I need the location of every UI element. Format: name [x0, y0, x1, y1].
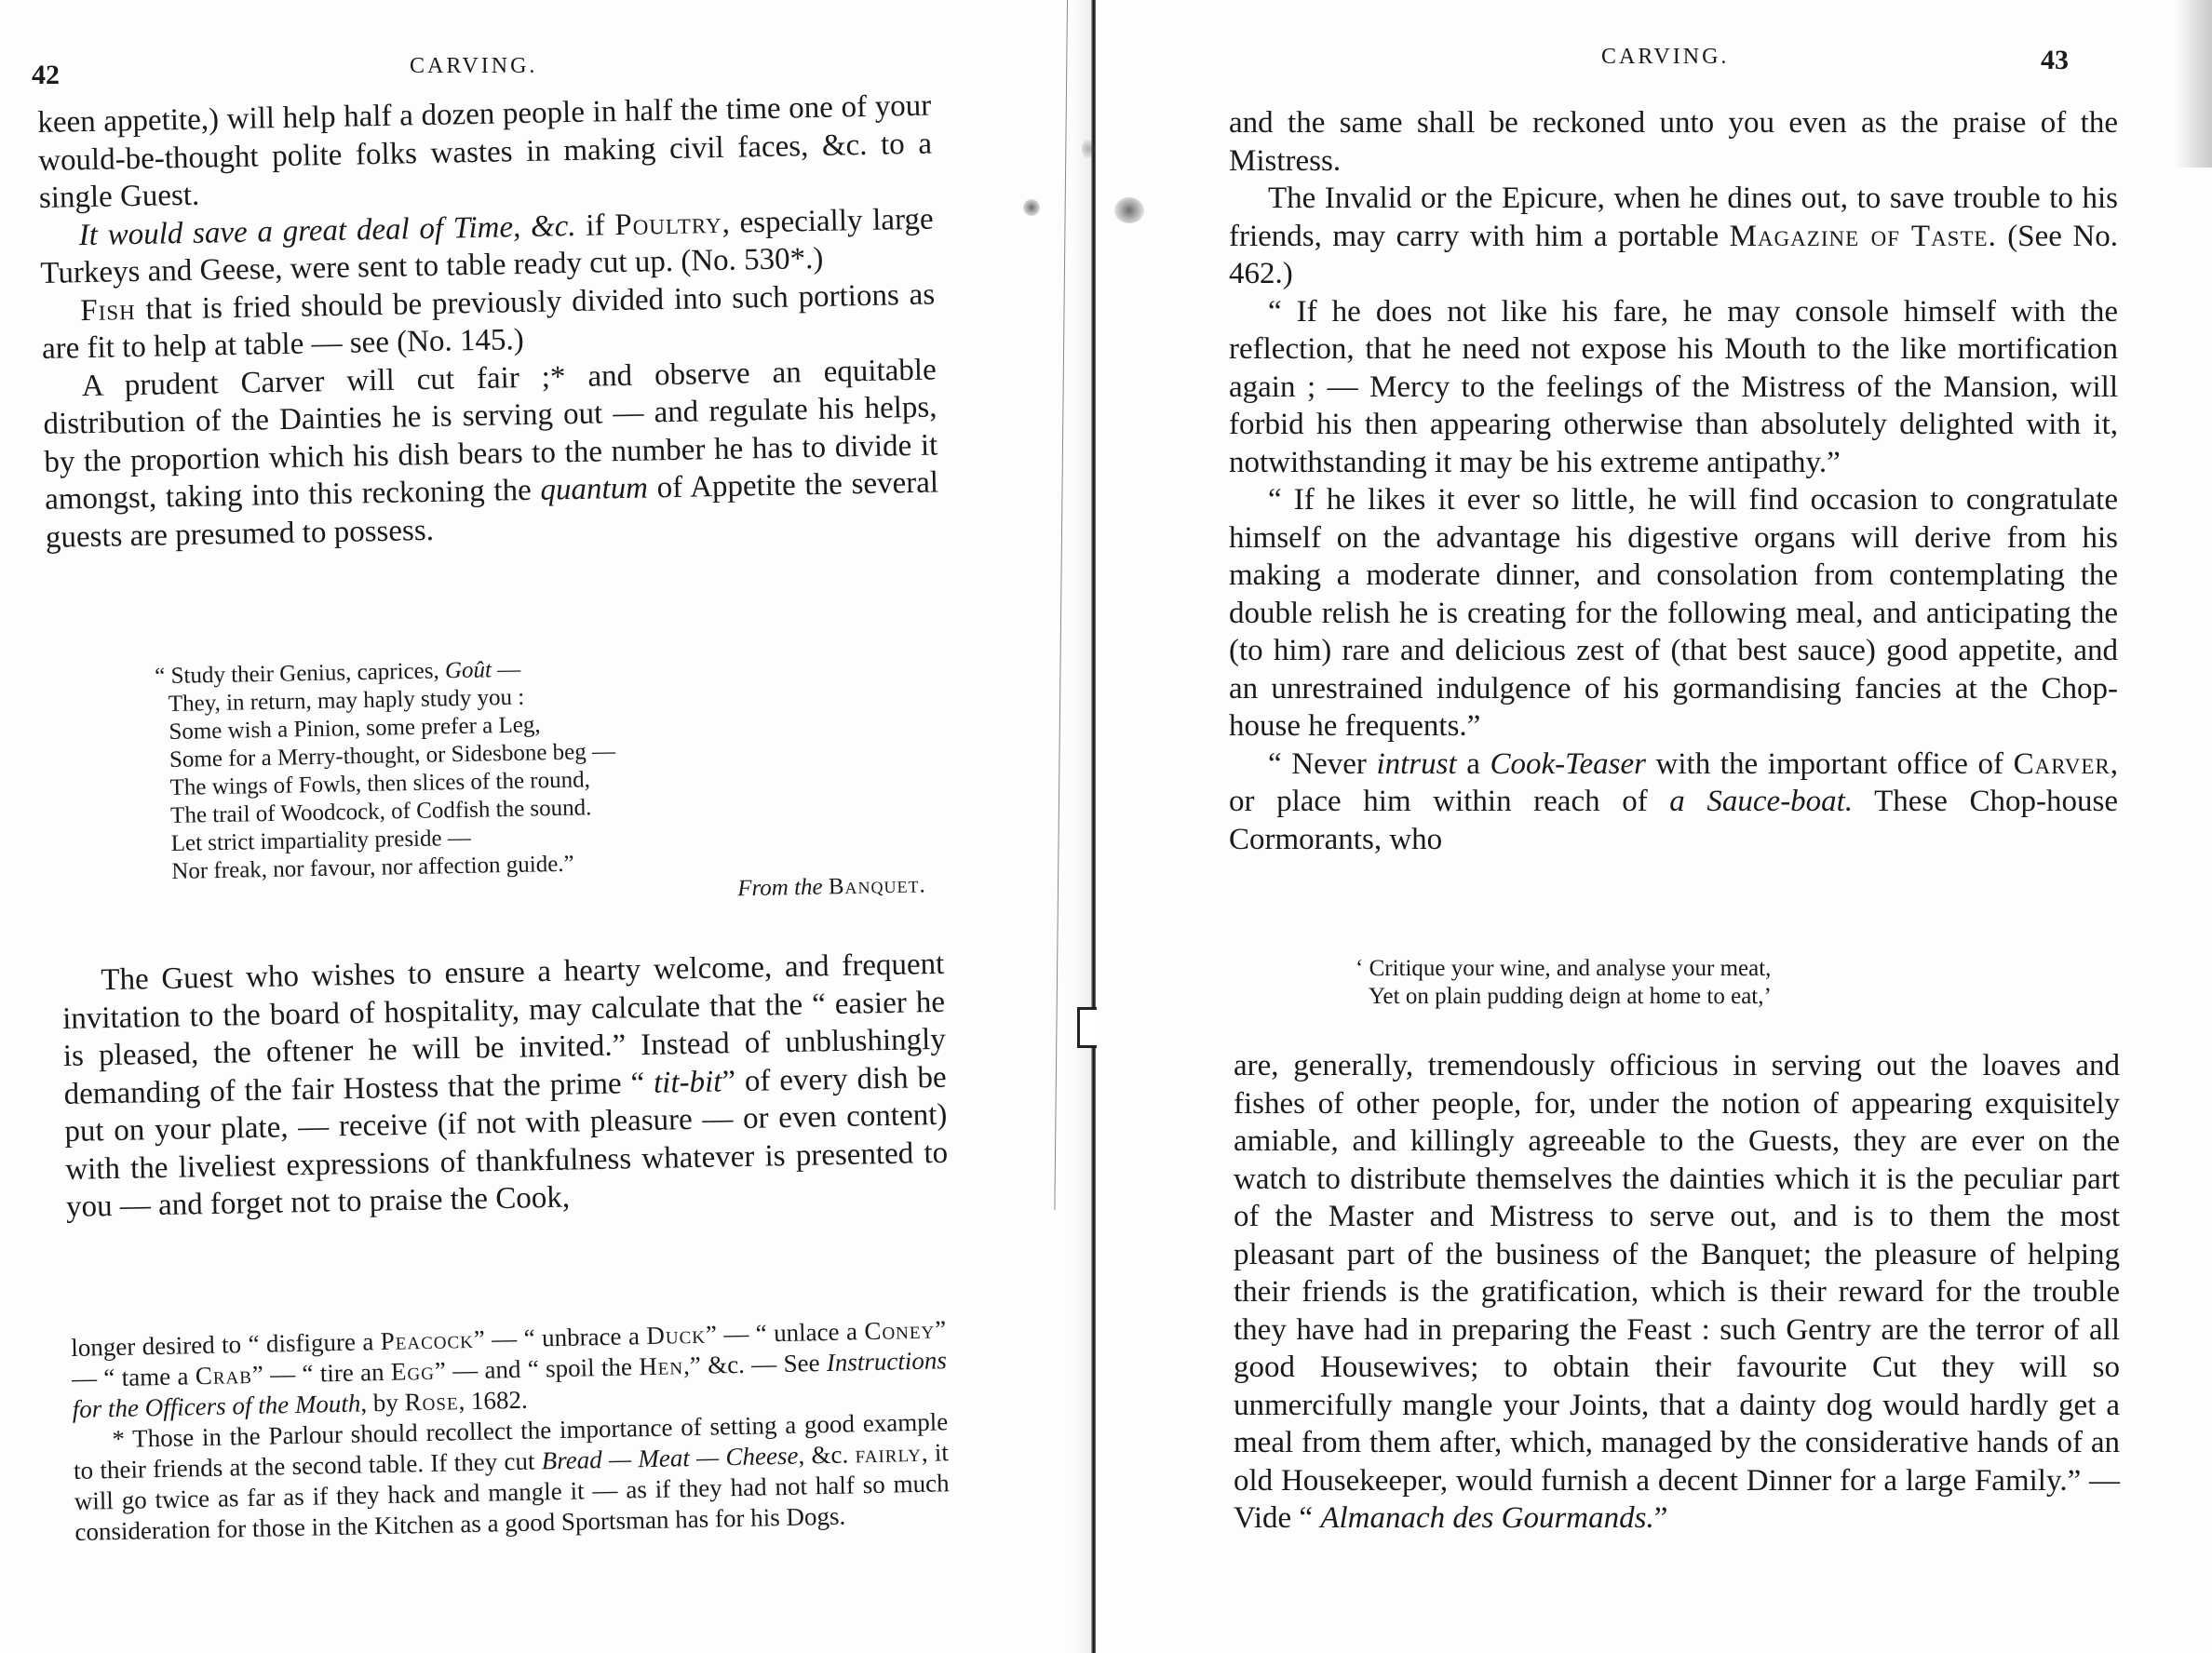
text: are, generally, tremendously officious i… [1234, 1049, 2120, 1535]
text: , &c. [798, 1440, 856, 1469]
spine-binding-notch [1077, 1007, 1097, 1048]
italic-text: Goût [445, 657, 492, 683]
text: “ Never [1268, 747, 1376, 781]
small-caps-text: Fish [80, 293, 136, 328]
text: longer desired to “ disfigure a [71, 1327, 381, 1362]
text: a [1457, 747, 1490, 781]
body-text-upper: and the same shall be reckoned unto you … [1229, 104, 2118, 858]
verse-line: Yet on plain pudding deign at home to ea… [1369, 983, 2020, 1011]
book-spread: 42 CARVING. keen appetite,) will help ha… [0, 0, 2212, 1653]
body-text-lower: are, generally, tremendously officious i… [1234, 1047, 2120, 1538]
small-caps-text: Carver [2014, 747, 2111, 781]
paragraph: and the same shall be reckoned unto you … [1229, 104, 2118, 180]
italic-text: tit-bit [654, 1065, 722, 1099]
paragraph: “ If he likes it ever so little, he will… [1229, 481, 2118, 746]
italic-text: It would save a great deal of Time, &c. [78, 208, 576, 251]
text: with the important office of [1646, 747, 2014, 781]
paragraph: The Guest who wishes to ensure a hearty … [61, 946, 949, 1227]
ink-blot [1023, 199, 1040, 216]
footnotes: longer desired to “ disfigure a Peacock”… [71, 1314, 951, 1548]
text: that is fried should be previously divid… [42, 277, 936, 366]
italic-text: From the [737, 875, 823, 902]
paragraph: A prudent Carver will cut fair ;* and ob… [42, 351, 939, 557]
verse-line: ‘ Critique your wine, and analyse your m… [1356, 955, 2020, 983]
small-caps-text: Duck [646, 1321, 706, 1350]
text: , by [360, 1389, 405, 1418]
text: , 1682. [458, 1386, 528, 1416]
paragraph: “ If he does not like his fare, he may c… [1229, 293, 2118, 482]
text: ” — “ unbrace a [474, 1322, 647, 1353]
right-page: CARVING. 43 and the same shall be reckon… [1099, 0, 2212, 1653]
small-caps-text: Banquet. [829, 872, 926, 899]
verse-quotation: “ Study their Genius, caprices, Goût — T… [168, 648, 936, 914]
text: ” — and “ spoil the [435, 1352, 640, 1385]
italic-text: Almanach des Gourmands. [1320, 1501, 1653, 1535]
running-head: CARVING. [410, 54, 537, 79]
small-caps-text: Crab [195, 1361, 252, 1390]
small-caps-text: Peacock [380, 1325, 474, 1355]
small-caps-text: Hen [639, 1351, 683, 1380]
footnote-asterisk: * Those in the Parlour should recollect … [73, 1406, 951, 1548]
left-page: 42 CARVING. keen appetite,) will help ha… [0, 0, 1080, 1653]
book-spine [1091, 0, 1096, 1653]
small-caps-text: Egg [391, 1357, 436, 1386]
text: if [575, 208, 614, 243]
body-text-lower: The Guest who wishes to ensure a hearty … [61, 946, 949, 1227]
italic-text: quantum [540, 471, 648, 506]
italic-text: Bread — Meat — Cheese [541, 1442, 798, 1475]
page-number: 43 [2041, 45, 2069, 76]
page-number: 42 [32, 60, 60, 91]
footnote-continuation: longer desired to “ disfigure a Peacock”… [71, 1314, 948, 1425]
italic-text: Cook-Teaser [1490, 747, 1646, 781]
text: — [492, 657, 521, 683]
body-text-upper: keen appetite,) will help half a dozen p… [37, 87, 939, 557]
text: ” [1654, 1501, 1668, 1535]
paragraph: are, generally, tremendously officious i… [1234, 1047, 2120, 1538]
small-caps-text: Poultry [614, 206, 722, 241]
running-head: CARVING. [1601, 45, 1729, 70]
italic-text: intrust [1376, 747, 1456, 781]
paragraph: “ Never intrust a Cook-Teaser with the i… [1229, 746, 2118, 859]
verse-quotation: ‘ Critique your wine, and analyse your m… [1369, 955, 2020, 1011]
gutter-shadow [1071, 0, 1091, 1653]
text: ” — “ unlace a [706, 1317, 865, 1349]
ink-blot [1082, 140, 1095, 158]
paragraph: The Invalid or the Epicure, when he dine… [1229, 180, 2118, 293]
text: ” — “ tire an [252, 1358, 392, 1389]
small-caps-text: Rose [404, 1387, 459, 1416]
small-caps-text: fairly [855, 1439, 922, 1468]
italic-text: a Sauce-boat. [1669, 785, 1853, 818]
small-caps-text: Coney [864, 1316, 935, 1346]
paragraph: keen appetite,) will help half a dozen p… [37, 87, 933, 218]
text: ,” &c. — See [683, 1349, 827, 1379]
text: “ Study their Genius, caprices, [155, 658, 445, 689]
small-caps-text: Magazine of Taste. [1730, 220, 1997, 253]
